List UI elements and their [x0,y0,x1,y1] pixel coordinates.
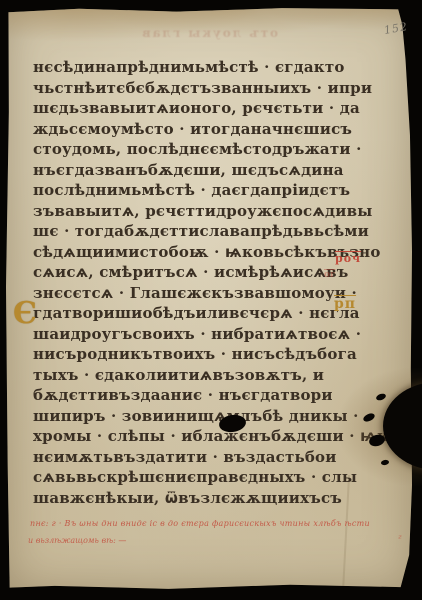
text-line: шавжєнѣкыи, ѿвъзлєжѫщиихъсъ [33,488,385,509]
margin-section-number-faint: ог [324,270,336,280]
margin-section-number-red: роч [335,252,361,265]
text-line: стоудомь, послѣднєємѣстодръжати · [33,139,385,160]
text-line: зъвавыитѧ, рєчєттидроужєпосѧдивы [33,201,385,222]
text-line: сѧвьвьскрѣшєниєправєдныхъ · слы [33,467,385,488]
text-line: нєимѫтьвъздатити · въздастьбои [33,447,385,468]
text-line: шєдьзвавыитѧионого, рєчєтьти · да [33,98,385,119]
text-line: бѫдєттивъздааниє · нъєгдатвори [33,385,385,406]
folio-number: 152 [383,20,409,37]
bottom-right-margin-mark: г [398,533,402,541]
text-line: гдатворишиобѣдъиливєчєрѧ · нєгла [33,303,385,324]
text-line: шаидроугъсвоихъ · нибратиѧтвоєѧ · [33,324,385,345]
text-line: нисъродникътвоихъ · нисъсѣдъбога [33,344,385,365]
margin-section-number-gold: рп [334,296,356,312]
header-bleedthrough-text: отъ лоукы глав [146,26,278,40]
text-line: тыхъ · єдаколиитиѧвъзовѫтъ, и [33,365,385,386]
text-line: послѣднимьмѣстѣ · даєгдапріидєтъ [33,180,385,201]
main-text-block: нєсѣдинапрѣднимьмѣстѣ · єгдакто чьстнѣит… [33,57,385,508]
text-line: нъєгдазванъбѫдєши, шєдъсѧдина [33,160,385,181]
manuscript-photo: отъ лоукы глав 152 нєсѣдинапрѣднимьмѣстѣ… [0,0,422,600]
gold-initial-drop-cap: Є [13,299,37,329]
text-line: нєсѣдинапрѣднимьмѣстѣ · єгдакто [33,57,385,78]
text-line: хромы · слѣпы · иблажєнъбѫдєши · ѩко [33,426,385,447]
bottom-rubric-line-1: пнє: г · Въ ѡны дни внидє іс в до єтєра … [30,519,370,528]
text-line: знєсєтсѧ · Глашєжєкъзвавшомоуи · [33,283,385,304]
text-line: чьстнѣитєбєбѫдєтъзванныихъ · ипри [33,78,385,99]
text-line: ждьсємоумѣсто · итогданачнєшисъ [33,119,385,140]
bottom-rubric-line-2: и вьзлѣжащомь вѣ: — [28,536,126,545]
text-line: шипиръ · зовиинищѧмлъбѣ дникы · [33,406,385,427]
text-line: шє · тогдабѫдєттиславапрѣдьвьсѣми [33,221,385,242]
text-line: сѣдѧщиимистобоѭ · ѩковьсѣкъвъзно [33,242,385,263]
